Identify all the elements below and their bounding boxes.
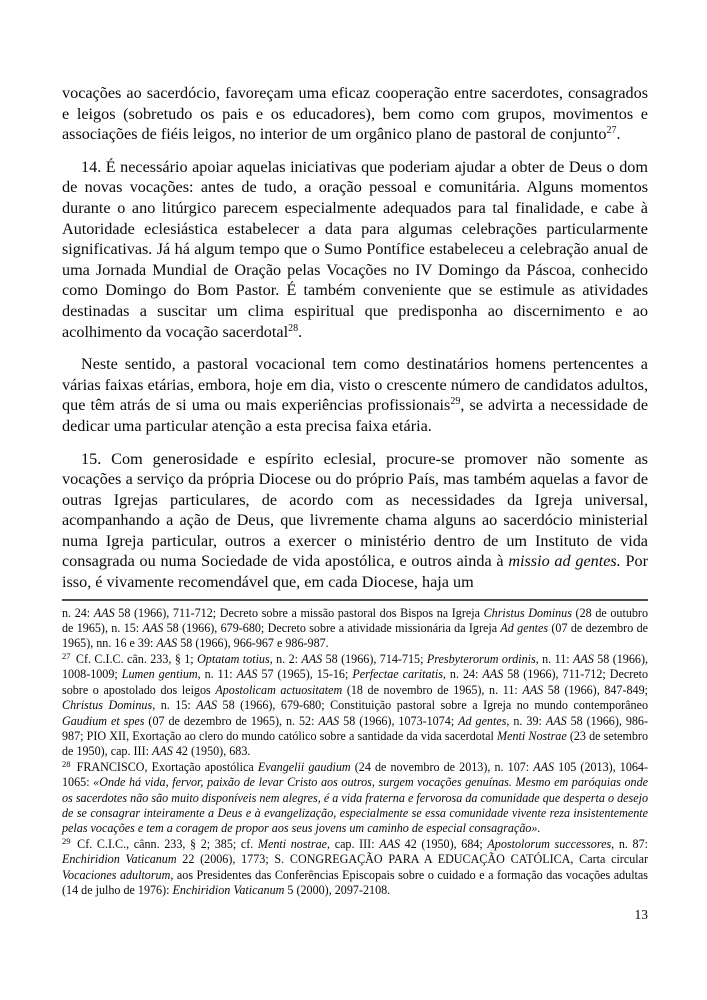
- text-run: , cap. III:: [327, 837, 379, 851]
- italic-text-run: Optatam totius: [197, 652, 270, 666]
- text-run: 22 (2006), 1773; S. CONGREGAÇÃO PARA A E…: [177, 852, 648, 866]
- italic-text-run: Perfectae caritatis: [352, 667, 443, 681]
- text-run: FRANCISCO, Exortação apostólica: [77, 760, 258, 774]
- text-run: vocações ao sacerdócio, favoreçam uma ef…: [62, 84, 648, 143]
- text-run: , n. 11:: [198, 667, 237, 681]
- italic-text-run: AAS: [546, 714, 567, 728]
- italic-text-run: AAS: [533, 760, 554, 774]
- footnote: 29 Cf. C.I.C., cânn. 233, § 2; 385; cf. …: [62, 837, 648, 899]
- italic-text-run: AAS: [522, 683, 543, 697]
- italic-text-run: Apostolicam actuositatem: [215, 683, 342, 697]
- text-run: , n. 2:: [270, 652, 302, 666]
- italic-text-run: «Onde há vida, fervor, paixão de levar C…: [62, 775, 648, 835]
- italic-text-run: AAS: [573, 652, 594, 666]
- footnotes-section: n. 24: AAS 58 (1966), 711-712; Decreto s…: [62, 606, 648, 899]
- text-run: , n. 87:: [611, 837, 648, 851]
- text-run: 58 (1966), 711-712; Decreto sobre a miss…: [115, 606, 484, 620]
- italic-text-run: AAS: [318, 714, 339, 728]
- text-run: Cf. C.I.C. cân. 233, § 1;: [76, 652, 197, 666]
- document-page: vocações ao sacerdócio, favoreçam uma ef…: [0, 0, 707, 1000]
- italic-text-run: AAS: [482, 667, 503, 681]
- text-run: 58 (1966), 679-680; Decreto sobre a ativ…: [163, 621, 500, 635]
- footnote-ref: 27: [607, 125, 617, 136]
- text-run: 58 (1966), 714-715;: [322, 652, 427, 666]
- text-run: .: [617, 125, 621, 143]
- italic-text-run: missio ad gentes.: [508, 552, 620, 570]
- text-run: n. 24:: [62, 606, 94, 620]
- body-text: vocações ao sacerdócio, favoreçam uma ef…: [62, 83, 648, 593]
- text-run: (24 de novembro de 2013), n. 107:: [351, 760, 534, 774]
- text-run: 42 (1950), 684;: [400, 837, 487, 851]
- footnote: n. 24: AAS 58 (1966), 711-712; Decreto s…: [62, 606, 648, 652]
- text-run: 58 (1966), 679-680; Constituição pastora…: [217, 698, 648, 712]
- text-run: , n. 24:: [443, 667, 482, 681]
- italic-text-run: AAS: [379, 837, 400, 851]
- italic-text-run: Lumen gentium: [122, 667, 198, 681]
- italic-text-run: AAS: [156, 636, 177, 650]
- italic-text-run: AAS: [237, 667, 258, 681]
- text-run: (18 de novembro de 1965), n. 11:: [342, 683, 522, 697]
- text-run: .: [298, 323, 302, 341]
- text-run: 14. É necessário apoiar aquelas iniciati…: [62, 158, 648, 341]
- text-run: 57 (1965), 15-16;: [257, 667, 352, 681]
- footnote: 27 Cf. C.I.C. cân. 233, § 1; Optatam tot…: [62, 652, 648, 760]
- text-run: 58 (1966), 1073-1074;: [339, 714, 458, 728]
- text-run: , n. 11:: [536, 652, 573, 666]
- italic-text-run: Christus Dominus: [484, 606, 572, 620]
- text-run: , n. 39:: [506, 714, 545, 728]
- footnote-marker: 27: [62, 651, 71, 661]
- italic-text-run: AAS: [152, 744, 173, 758]
- page-number: 13: [62, 907, 648, 923]
- italic-text-run: Menti nostrae: [258, 837, 327, 851]
- italic-text-run: Christus Dominus: [62, 698, 152, 712]
- italic-text-run: AAS: [301, 652, 322, 666]
- italic-text-run: Evangelii gaudium: [258, 760, 351, 774]
- italic-text-run: Ad gentes: [500, 621, 548, 635]
- text-run: 5 (2000), 2097-2108.: [284, 883, 390, 897]
- footnote-ref: 29: [450, 396, 460, 407]
- text-run: 42 (1950), 683.: [173, 744, 251, 758]
- text-run: (07 de dezembro de 1965), n. 52:: [144, 714, 318, 728]
- italic-text-run: Apostolorum successores: [487, 837, 611, 851]
- text-run: , n. 15:: [152, 698, 196, 712]
- italic-text-run: Gaudium et spes: [62, 714, 144, 728]
- body-paragraph: Neste sentido, a pastoral vocacional tem…: [62, 354, 648, 436]
- text-run: 58 (1966), 966-967 e 986-987.: [177, 636, 329, 650]
- footnote: 28 FRANCISCO, Exortação apostólica Evang…: [62, 760, 648, 837]
- italic-text-run: Enchiridion Vaticanum: [62, 852, 177, 866]
- italic-text-run: AAS: [142, 621, 163, 635]
- body-paragraph: vocações ao sacerdócio, favoreçam uma ef…: [62, 83, 648, 145]
- text-run: 58 (1966), 847-849;: [543, 683, 648, 697]
- italic-text-run: Vocaciones adultorum: [62, 868, 170, 882]
- footnote-ref: 28: [288, 323, 298, 334]
- footnote-separator: [62, 599, 648, 601]
- italic-text-run: Menti Nostrae: [497, 729, 567, 743]
- text-run: Cf. C.I.C., cânn. 233, § 2; 385; cf.: [77, 837, 258, 851]
- italic-text-run: AAS: [94, 606, 115, 620]
- italic-text-run: Enchiridion Vaticanum: [173, 883, 285, 897]
- italic-text-run: Ad gentes: [458, 714, 506, 728]
- body-paragraph: 14. É necessário apoiar aquelas iniciati…: [62, 157, 648, 342]
- italic-text-run: AAS: [196, 698, 217, 712]
- body-paragraph: 15. Com generosidade e espírito eclesial…: [62, 449, 648, 593]
- footnote-marker: 28: [62, 759, 71, 769]
- italic-text-run: Presbyterorum ordinis: [427, 652, 536, 666]
- footnote-marker: 29: [62, 836, 71, 846]
